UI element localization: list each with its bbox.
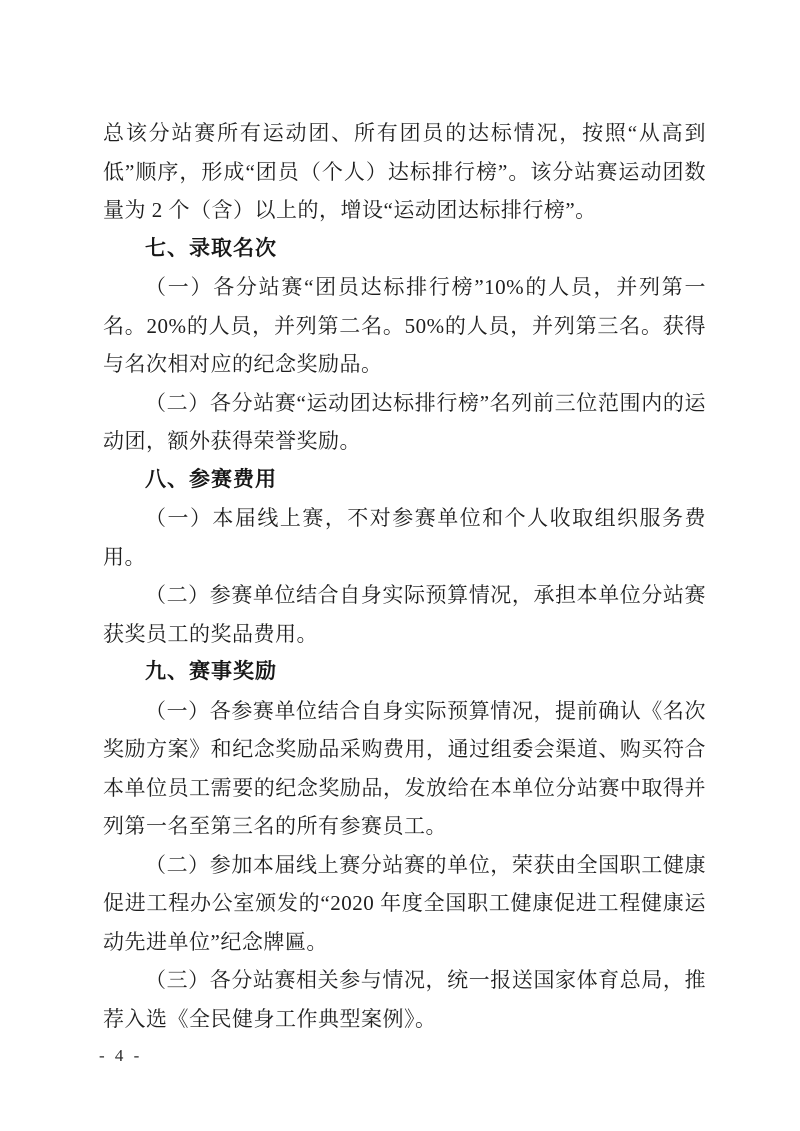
paragraph-9-3: （三）各分站赛相关参与情况，统一报送国家体育总局，推荐入选《全民健身工作典型案例… xyxy=(103,961,706,1038)
paragraph-7-2: （二）各分站赛“运动团达标排行榜”名列前三位范围内的运动团，额外获得荣誉奖励。 xyxy=(103,384,706,461)
paragraph-7-1: （一）各分站赛“团员达标排行榜”10%的人员，并列第一名。20%的人员，并列第二… xyxy=(103,268,706,384)
paragraph-9-1: （一）各参赛单位结合自身实际预算情况，提前确认《名次奖励方案》和纪念奖励品采购费… xyxy=(103,692,706,846)
paragraph-8-2: （二）参赛单位结合自身实际预算情况，承担本单位分站赛获奖员工的奖品费用。 xyxy=(103,576,706,653)
document-page: 总该分站赛所有运动团、所有团员的达标情况，按照“从高到低”顺序，形成“团员（个人… xyxy=(0,0,800,1131)
section-heading-9: 九、赛事奖励 xyxy=(103,653,706,692)
body-paragraph-continued: 总该分站赛所有运动团、所有团员的达标情况，按照“从高到低”顺序，形成“团员（个人… xyxy=(103,114,706,230)
page-number: - 4 - xyxy=(99,1046,142,1066)
section-heading-8: 八、参赛费用 xyxy=(103,461,706,500)
section-heading-7: 七、录取名次 xyxy=(103,230,706,269)
paragraph-9-2: （二）参加本届线上赛分站赛的单位，荣获由全国职工健康促进工程办公室颁发的“202… xyxy=(103,846,706,962)
document-body: 总该分站赛所有运动团、所有团员的达标情况，按照“从高到低”顺序，形成“团员（个人… xyxy=(103,114,706,1038)
paragraph-8-1: （一）本届线上赛，不对参赛单位和个人收取组织服务费用。 xyxy=(103,499,706,576)
